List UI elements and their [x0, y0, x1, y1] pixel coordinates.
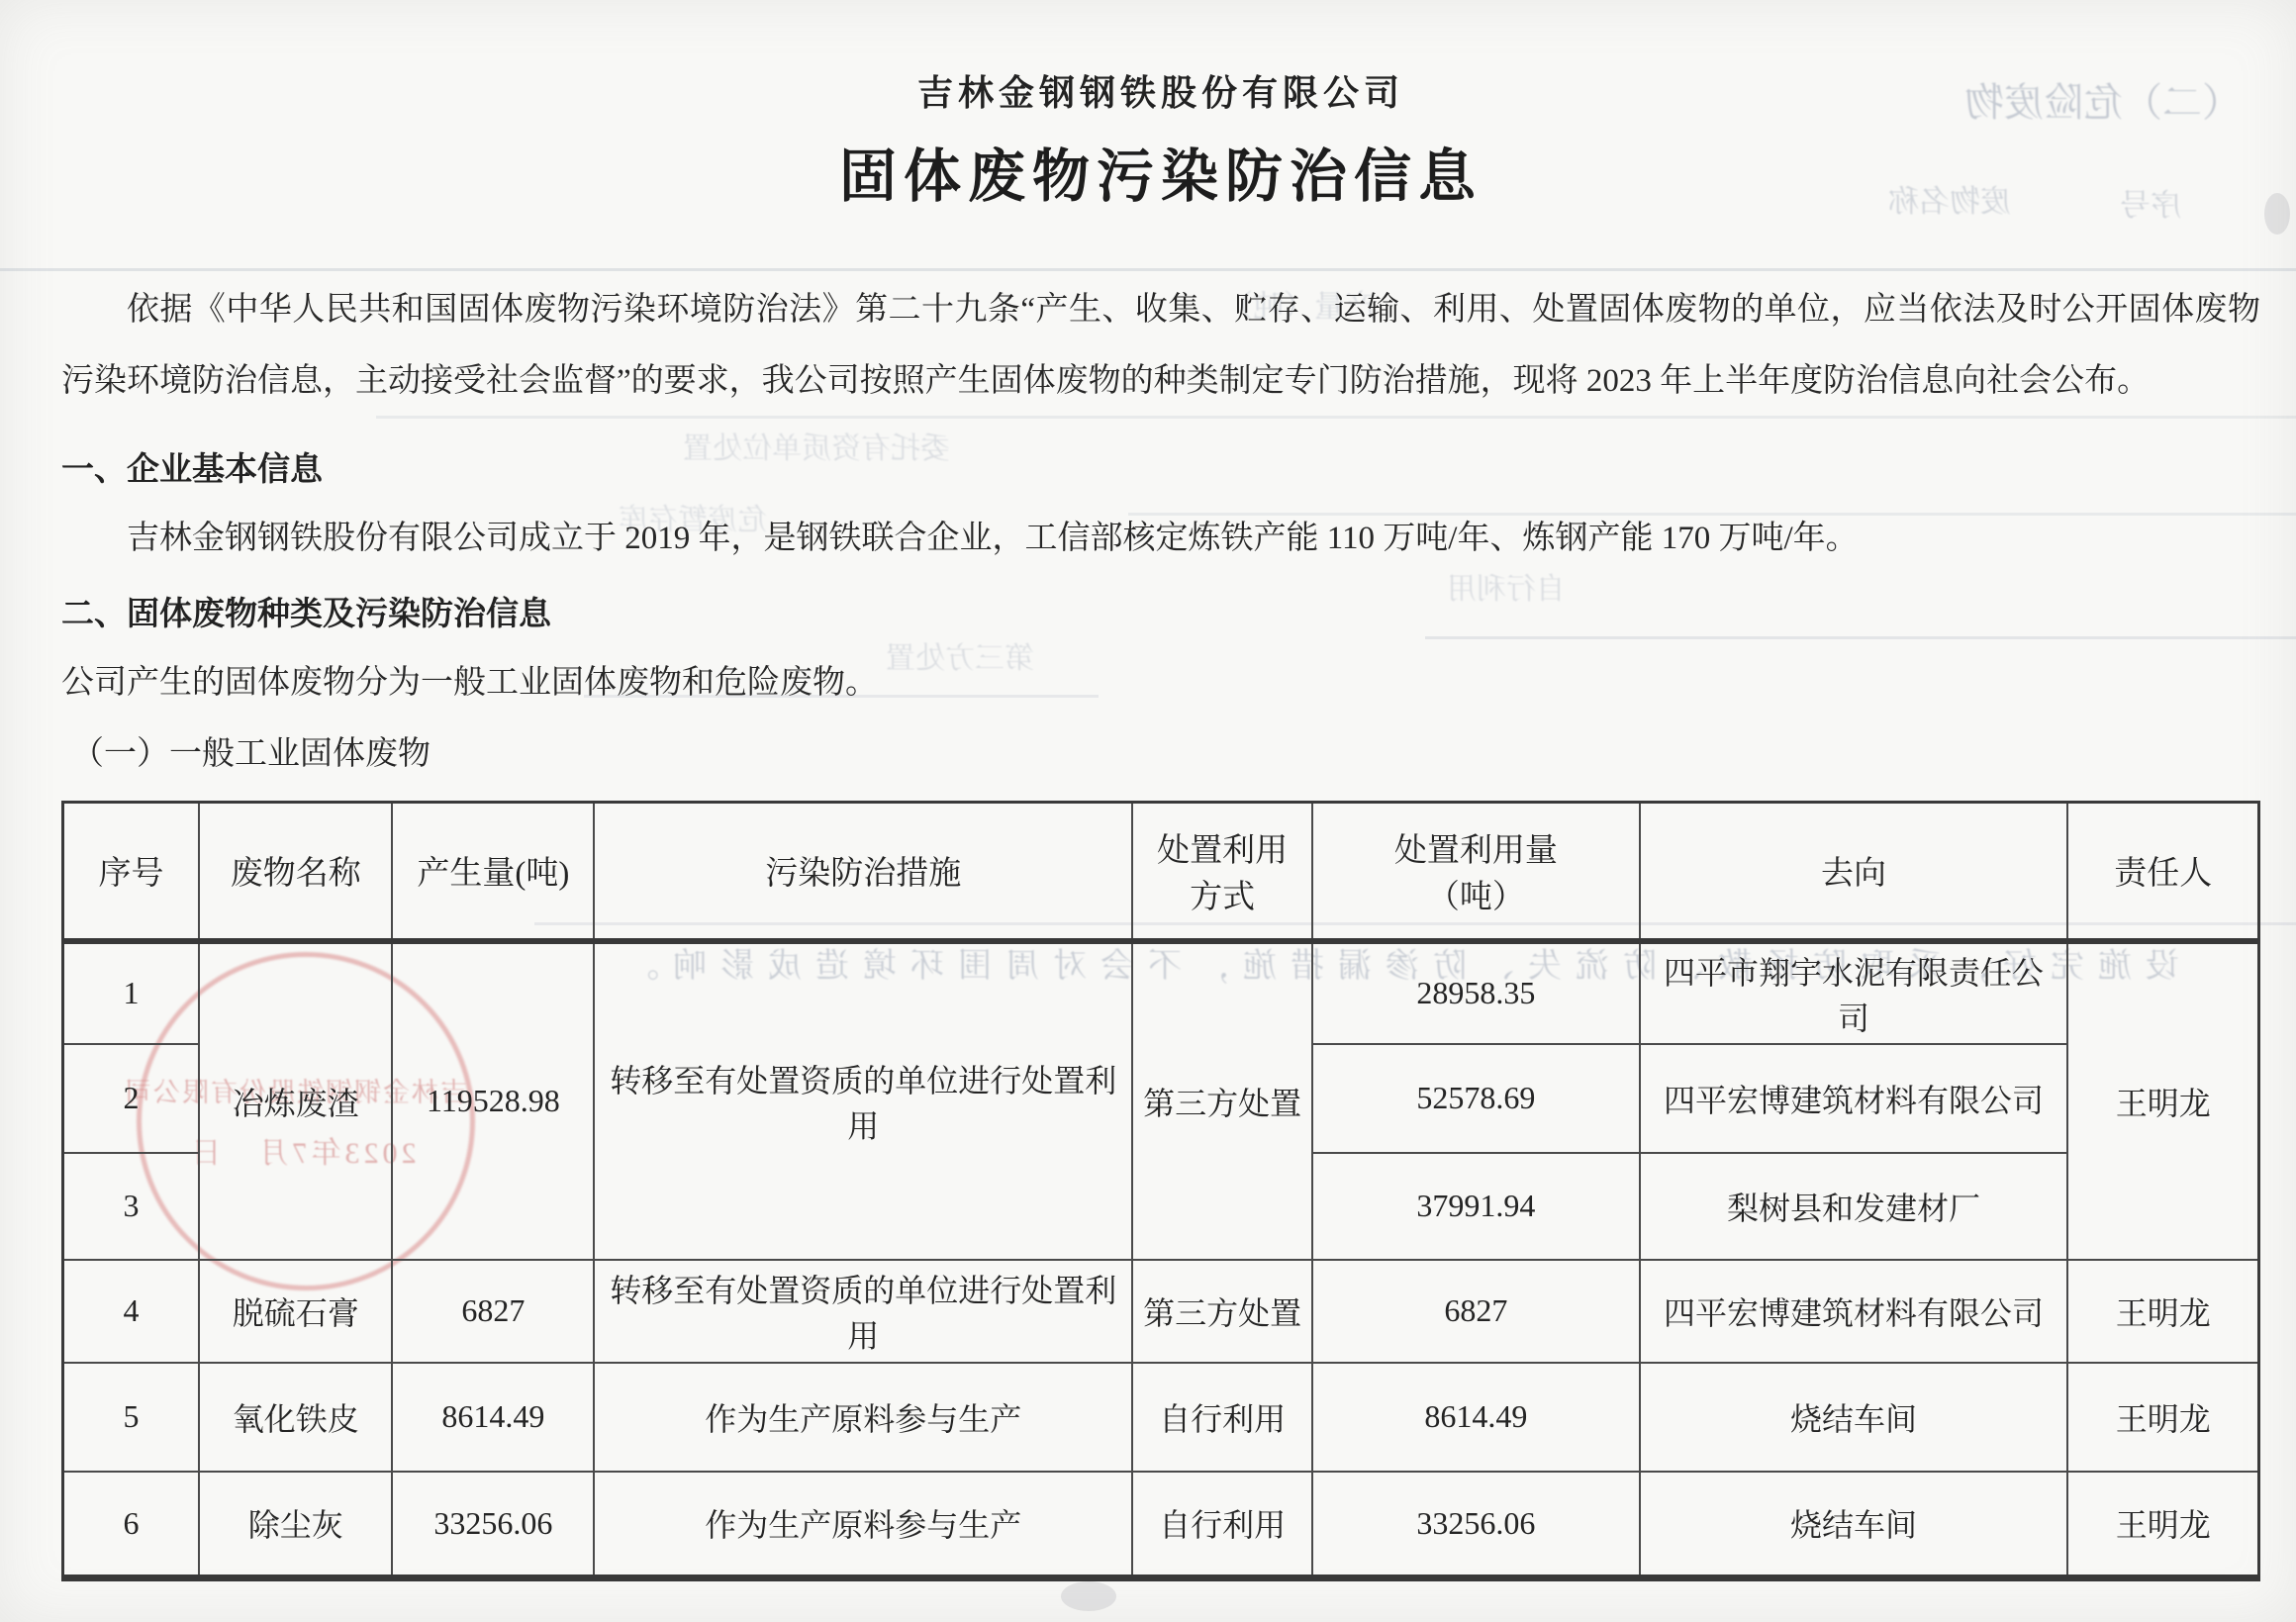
cell-destination: 四平市翔宇水泥有限责任公司	[1640, 941, 2068, 1044]
cell-measure: 转移至有处置资质的单位进行处置利用	[594, 941, 1132, 1260]
section-1-heading: 一、企业基本信息	[61, 446, 2260, 492]
cell-waste-name: 氧化铁皮	[199, 1363, 392, 1472]
cell-seq: 1	[63, 941, 200, 1044]
cell-method: 第三方处置	[1132, 941, 1312, 1260]
cell-seq: 3	[63, 1153, 200, 1260]
section-1-body: 吉林金钢钢铁股份有限公司成立于 2019 年，是钢铁联合企业，工信部核定炼铁产能…	[61, 516, 2260, 561]
cell-method: 自行利用	[1132, 1472, 1312, 1578]
cell-waste-name: 冶炼废渣	[199, 941, 392, 1260]
table-row: 6 除尘灰 33256.06 作为生产原料参与生产 自行利用 33256.06 …	[63, 1472, 2259, 1578]
cell-seq: 5	[63, 1363, 200, 1472]
section-2-body: 公司产生的固体废物分为一般工业固体废物和危险废物。	[61, 660, 2260, 706]
table-row: 4 脱硫石膏 6827 转移至有处置资质的单位进行处置利用 第三方处置 6827…	[63, 1260, 2259, 1363]
scan-smudge	[1061, 1581, 1116, 1611]
cell-amount: 8614.49	[392, 1363, 594, 1472]
subsection-heading: （一）一般工业固体废物	[61, 731, 2260, 777]
cell-amount: 119528.98	[392, 941, 594, 1260]
cell-method: 自行利用	[1132, 1363, 1312, 1472]
document-page: （二）危险废物 废物名称 序号 产量（吨） 委托有资质单位处置 危废暂存库 自行…	[0, 0, 2296, 1622]
cell-qty: 6827	[1312, 1260, 1640, 1363]
header-amount: 产生量(吨)	[392, 803, 594, 941]
header-measure: 污染防治措施	[594, 803, 1132, 941]
table-header-row: 序号 废物名称 产生量(吨) 污染防治措施 处置利用 方式 处置利用量 （吨） …	[63, 803, 2259, 941]
page-title: 固体废物污染防治信息	[61, 130, 2260, 213]
cell-destination: 烧结车间	[1640, 1472, 2068, 1578]
cell-waste-name: 除尘灰	[199, 1472, 392, 1578]
cell-owner: 王明龙	[2067, 1472, 2258, 1578]
table-row: 5 氧化铁皮 8614.49 作为生产原料参与生产 自行利用 8614.49 烧…	[63, 1363, 2259, 1472]
cell-owner: 王明龙	[2067, 941, 2258, 1260]
cell-destination: 梨树县和发建材厂	[1640, 1153, 2068, 1260]
header-destination: 去向	[1640, 803, 2068, 941]
cell-method: 第三方处置	[1132, 1260, 1312, 1363]
section-2-heading: 二、固体废物种类及污染防治信息	[61, 591, 2260, 636]
cell-destination: 四平宏博建筑材料有限公司	[1640, 1044, 2068, 1153]
cell-owner: 王明龙	[2067, 1260, 2258, 1363]
cell-qty: 8614.49	[1312, 1363, 1640, 1472]
intro-paragraph: 依据《中华人民共和国固体废物污染环境防治法》第二十九条“产生、收集、贮存、运输、…	[61, 274, 2260, 417]
header-seq: 序号	[63, 803, 200, 941]
cell-seq: 4	[63, 1260, 200, 1363]
cell-measure: 转移至有处置资质的单位进行处置利用	[594, 1260, 1132, 1363]
header-owner: 责任人	[2067, 803, 2258, 941]
cell-destination: 烧结车间	[1640, 1363, 2068, 1472]
cell-owner: 王明龙	[2067, 1363, 2258, 1472]
cell-measure: 作为生产原料参与生产	[594, 1363, 1132, 1472]
header-qty: 处置利用量 （吨）	[1312, 803, 1640, 941]
cell-measure: 作为生产原料参与生产	[594, 1472, 1132, 1578]
table-row: 1 冶炼废渣 119528.98 转移至有处置资质的单位进行处置利用 第三方处置…	[63, 941, 2259, 1044]
cell-amount: 33256.06	[392, 1472, 594, 1578]
cell-destination: 四平宏博建筑材料有限公司	[1640, 1260, 2068, 1363]
scan-smudge	[2264, 193, 2290, 235]
cell-qty: 28958.35	[1312, 941, 1640, 1044]
cell-qty: 33256.06	[1312, 1472, 1640, 1578]
cell-qty: 52578.69	[1312, 1044, 1640, 1153]
cell-waste-name: 脱硫石膏	[199, 1260, 392, 1363]
cell-qty: 37991.94	[1312, 1153, 1640, 1260]
document-content: 吉林金钢钢铁股份有限公司 固体废物污染防治信息 依据《中华人民共和国固体废物污染…	[61, 0, 2260, 1581]
company-name: 吉林金钢钢铁股份有限公司	[61, 65, 2260, 116]
cell-seq: 6	[63, 1472, 200, 1578]
header-waste-name: 废物名称	[199, 803, 392, 941]
header-method: 处置利用 方式	[1132, 803, 1312, 941]
cell-amount: 6827	[392, 1260, 594, 1363]
cell-seq: 2	[63, 1044, 200, 1153]
waste-table: 序号 废物名称 产生量(吨) 污染防治措施 处置利用 方式 处置利用量 （吨） …	[61, 801, 2260, 1581]
